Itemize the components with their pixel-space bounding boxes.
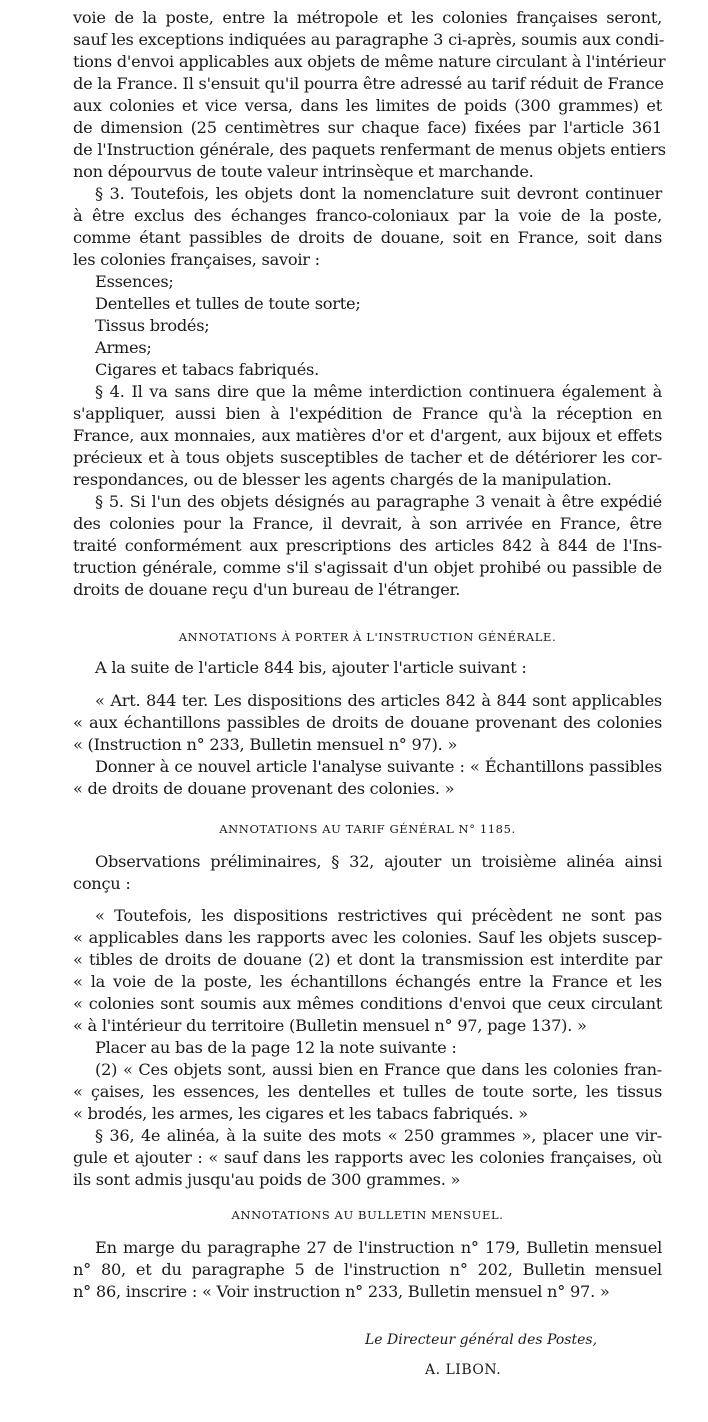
text-line: « à l'intérieur du territoire (Bulletin … [73, 1016, 662, 1036]
text-line: Observations préliminaires, § 32, ajoute… [95, 852, 662, 872]
text-line: de la France. Il s'ensuit qu'il pourra ê… [73, 74, 662, 94]
paragraph-5: § 5. Si l'un des objets désignés au para… [95, 492, 662, 512]
text-line: non dépourvus de toute valeur intrinsèqu… [73, 162, 662, 182]
footnote-line: « çaises, les essences, les dentelles et… [73, 1082, 662, 1102]
text-line: les colonies françaises, savoir : [73, 250, 662, 270]
text-line: « aux échantillons passibles de droits d… [73, 713, 662, 733]
text-line: En marge du paragraphe 27 de l'instructi… [95, 1238, 662, 1258]
text-line: ils sont admis jusqu'au poids de 300 gra… [73, 1170, 662, 1190]
text-line: Placer au bas de la page 12 la note suiv… [95, 1038, 662, 1058]
text-line: s'appliquer, aussi bien à l'expédition d… [73, 404, 662, 424]
text-line: « (Instruction n° 233, Bulletin mensuel … [73, 735, 662, 755]
text-line: Donner à ce nouvel article l'analyse sui… [95, 757, 662, 777]
document-page: voie de la poste, entre la métropole et … [0, 0, 708, 1422]
text-line: § 36, 4e alinéa, à la suite des mots « 2… [95, 1126, 662, 1146]
section-heading: Annotations au tarif général n° 1185. [73, 822, 662, 836]
text-line: n° 86, inscrire : « Voir instruction n° … [73, 1282, 662, 1302]
signature-title: Le Directeur général des Postes, [365, 1332, 597, 1348]
text-line: à être exclus des échanges franco-coloni… [73, 206, 662, 226]
text-line: respondances, ou de blesser les agents c… [73, 470, 662, 490]
text-line: gule et ajouter : « sauf dans les rappor… [73, 1148, 662, 1168]
text-line: conçu : [73, 874, 662, 894]
list-item: Essences; [95, 272, 495, 292]
paragraph-4: § 4. Il va sans dire que la même interdi… [95, 382, 662, 402]
text-line: « de droits de douane provenant des colo… [73, 779, 662, 799]
list-item: Cigares et tabacs fabriqués. [95, 360, 495, 380]
list-item: Dentelles et tulles de toute sorte; [95, 294, 495, 314]
text-line: droits de douane reçu d'un bureau de l'é… [73, 580, 662, 600]
text-line: de l'Instruction générale, des paquets r… [73, 140, 662, 160]
footnote-line: (2) « Ces objets sont, aussi bien en Fra… [95, 1060, 662, 1080]
text-line: truction générale, comme s'il s'agissait… [73, 558, 662, 578]
text-line: A la suite de l'article 844 bis, ajouter… [95, 658, 662, 678]
text-line: tions d'envoi applicables aux objets de … [73, 52, 662, 72]
text-line: « Art. 844 ter. Les dispositions des art… [95, 691, 662, 711]
paragraph-3: § 3. Toutefois, les objets dont la nomen… [95, 184, 662, 204]
text-line: « tibles de droits de douane (2) et dont… [73, 950, 662, 970]
list-item: Armes; [95, 338, 495, 358]
footnote-line: « brodés, les armes, les cigares et les … [73, 1104, 662, 1124]
text-line: sauf les exceptions indiquées au paragra… [73, 30, 662, 50]
text-line: des colonies pour la France, il devrait,… [73, 514, 662, 534]
text-line: précieux et à tous objets susceptibles d… [73, 448, 662, 468]
text-line: n° 80, et du paragraphe 5 de l'instructi… [73, 1260, 662, 1280]
text-line: voie de la poste, entre la métropole et … [73, 8, 662, 28]
text-line: traité conformément aux prescriptions de… [73, 536, 662, 556]
list-item: Tissus brodés; [95, 316, 495, 336]
text-line: « colonies sont soumis aux mêmes conditi… [73, 994, 662, 1014]
text-line: de dimension (25 centimètres sur chaque … [73, 118, 662, 138]
signature-name: A. LIBON. [425, 1362, 501, 1378]
text-line: « la voie de la poste, les échantillons … [73, 972, 662, 992]
section-heading: Annotations au Bulletin mensuel. [73, 1208, 662, 1222]
text-line: « Toutefois, les dispositions restrictiv… [95, 906, 662, 926]
section-heading: Annotations à porter à l'instruction gén… [73, 630, 662, 644]
text-line: « applicables dans les rapports avec les… [73, 928, 662, 948]
text-line: France, aux monnaies, aux matières d'or … [73, 426, 662, 446]
text-line: comme étant passibles de droits de douan… [73, 228, 662, 248]
text-line: aux colonies et vice versa, dans les lim… [73, 96, 662, 116]
